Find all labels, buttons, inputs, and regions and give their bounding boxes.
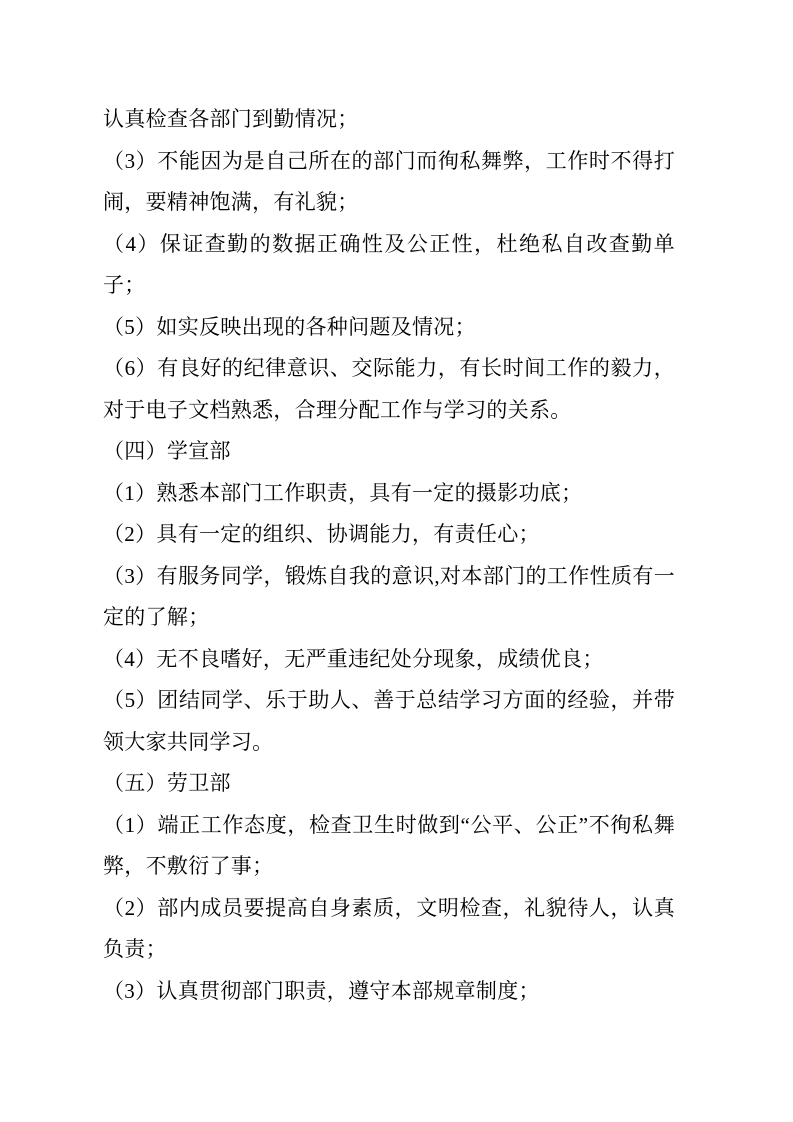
paragraph: （5）团结同学、乐于助人、善于总结学习方面的经验，并带领大家共同学习。 [103,680,675,763]
paragraph: （1）熟悉本部门工作职责，具有一定的摄影功底； [103,473,675,515]
paragraph: （3）认真贯彻部门职责，遵守本部规章制度； [103,971,675,1013]
paragraph: （3）有服务同学，锻炼自我的意识,对本部门的工作性质有一定的了解； [103,556,675,639]
document-body-text: 认真检查各部门到勤情况； （3）不能因为是自己所在的部门而徇私舞弊，工作时不得打… [103,99,675,1012]
section-heading: （四）学宣部 [103,431,675,473]
paragraph: （4）无不良嗜好，无严重违纪处分现象，成绩优良； [103,639,675,681]
paragraph: 认真检查各部门到勤情况； [103,99,675,141]
paragraph: （1）端正工作态度，检查卫生时做到“公平、公正”不徇私舞弊，不敷衍了事； [103,805,675,888]
paragraph: （4）保证查勤的数据正确性及公正性，杜绝私自改查勤单子； [103,224,675,307]
section-heading: （五）劳卫部 [103,763,675,805]
paragraph: （2）具有一定的组织、协调能力，有责任心； [103,514,675,556]
paragraph: （5）如实反映出现的各种问题及情况； [103,307,675,349]
document-page: 认真检查各部门到勤情况； （3）不能因为是自己所在的部门而徇私舞弊，工作时不得打… [0,0,793,1122]
paragraph: （2）部内成员要提高自身素质，文明检查，礼貌待人，认真负责； [103,888,675,971]
paragraph: （3）不能因为是自己所在的部门而徇私舞弊，工作时不得打闹，要精神饱满，有礼貌； [103,141,675,224]
paragraph: （6）有良好的纪律意识、交际能力，有长时间工作的毅力，对于电子文档熟悉，合理分配… [103,348,675,431]
